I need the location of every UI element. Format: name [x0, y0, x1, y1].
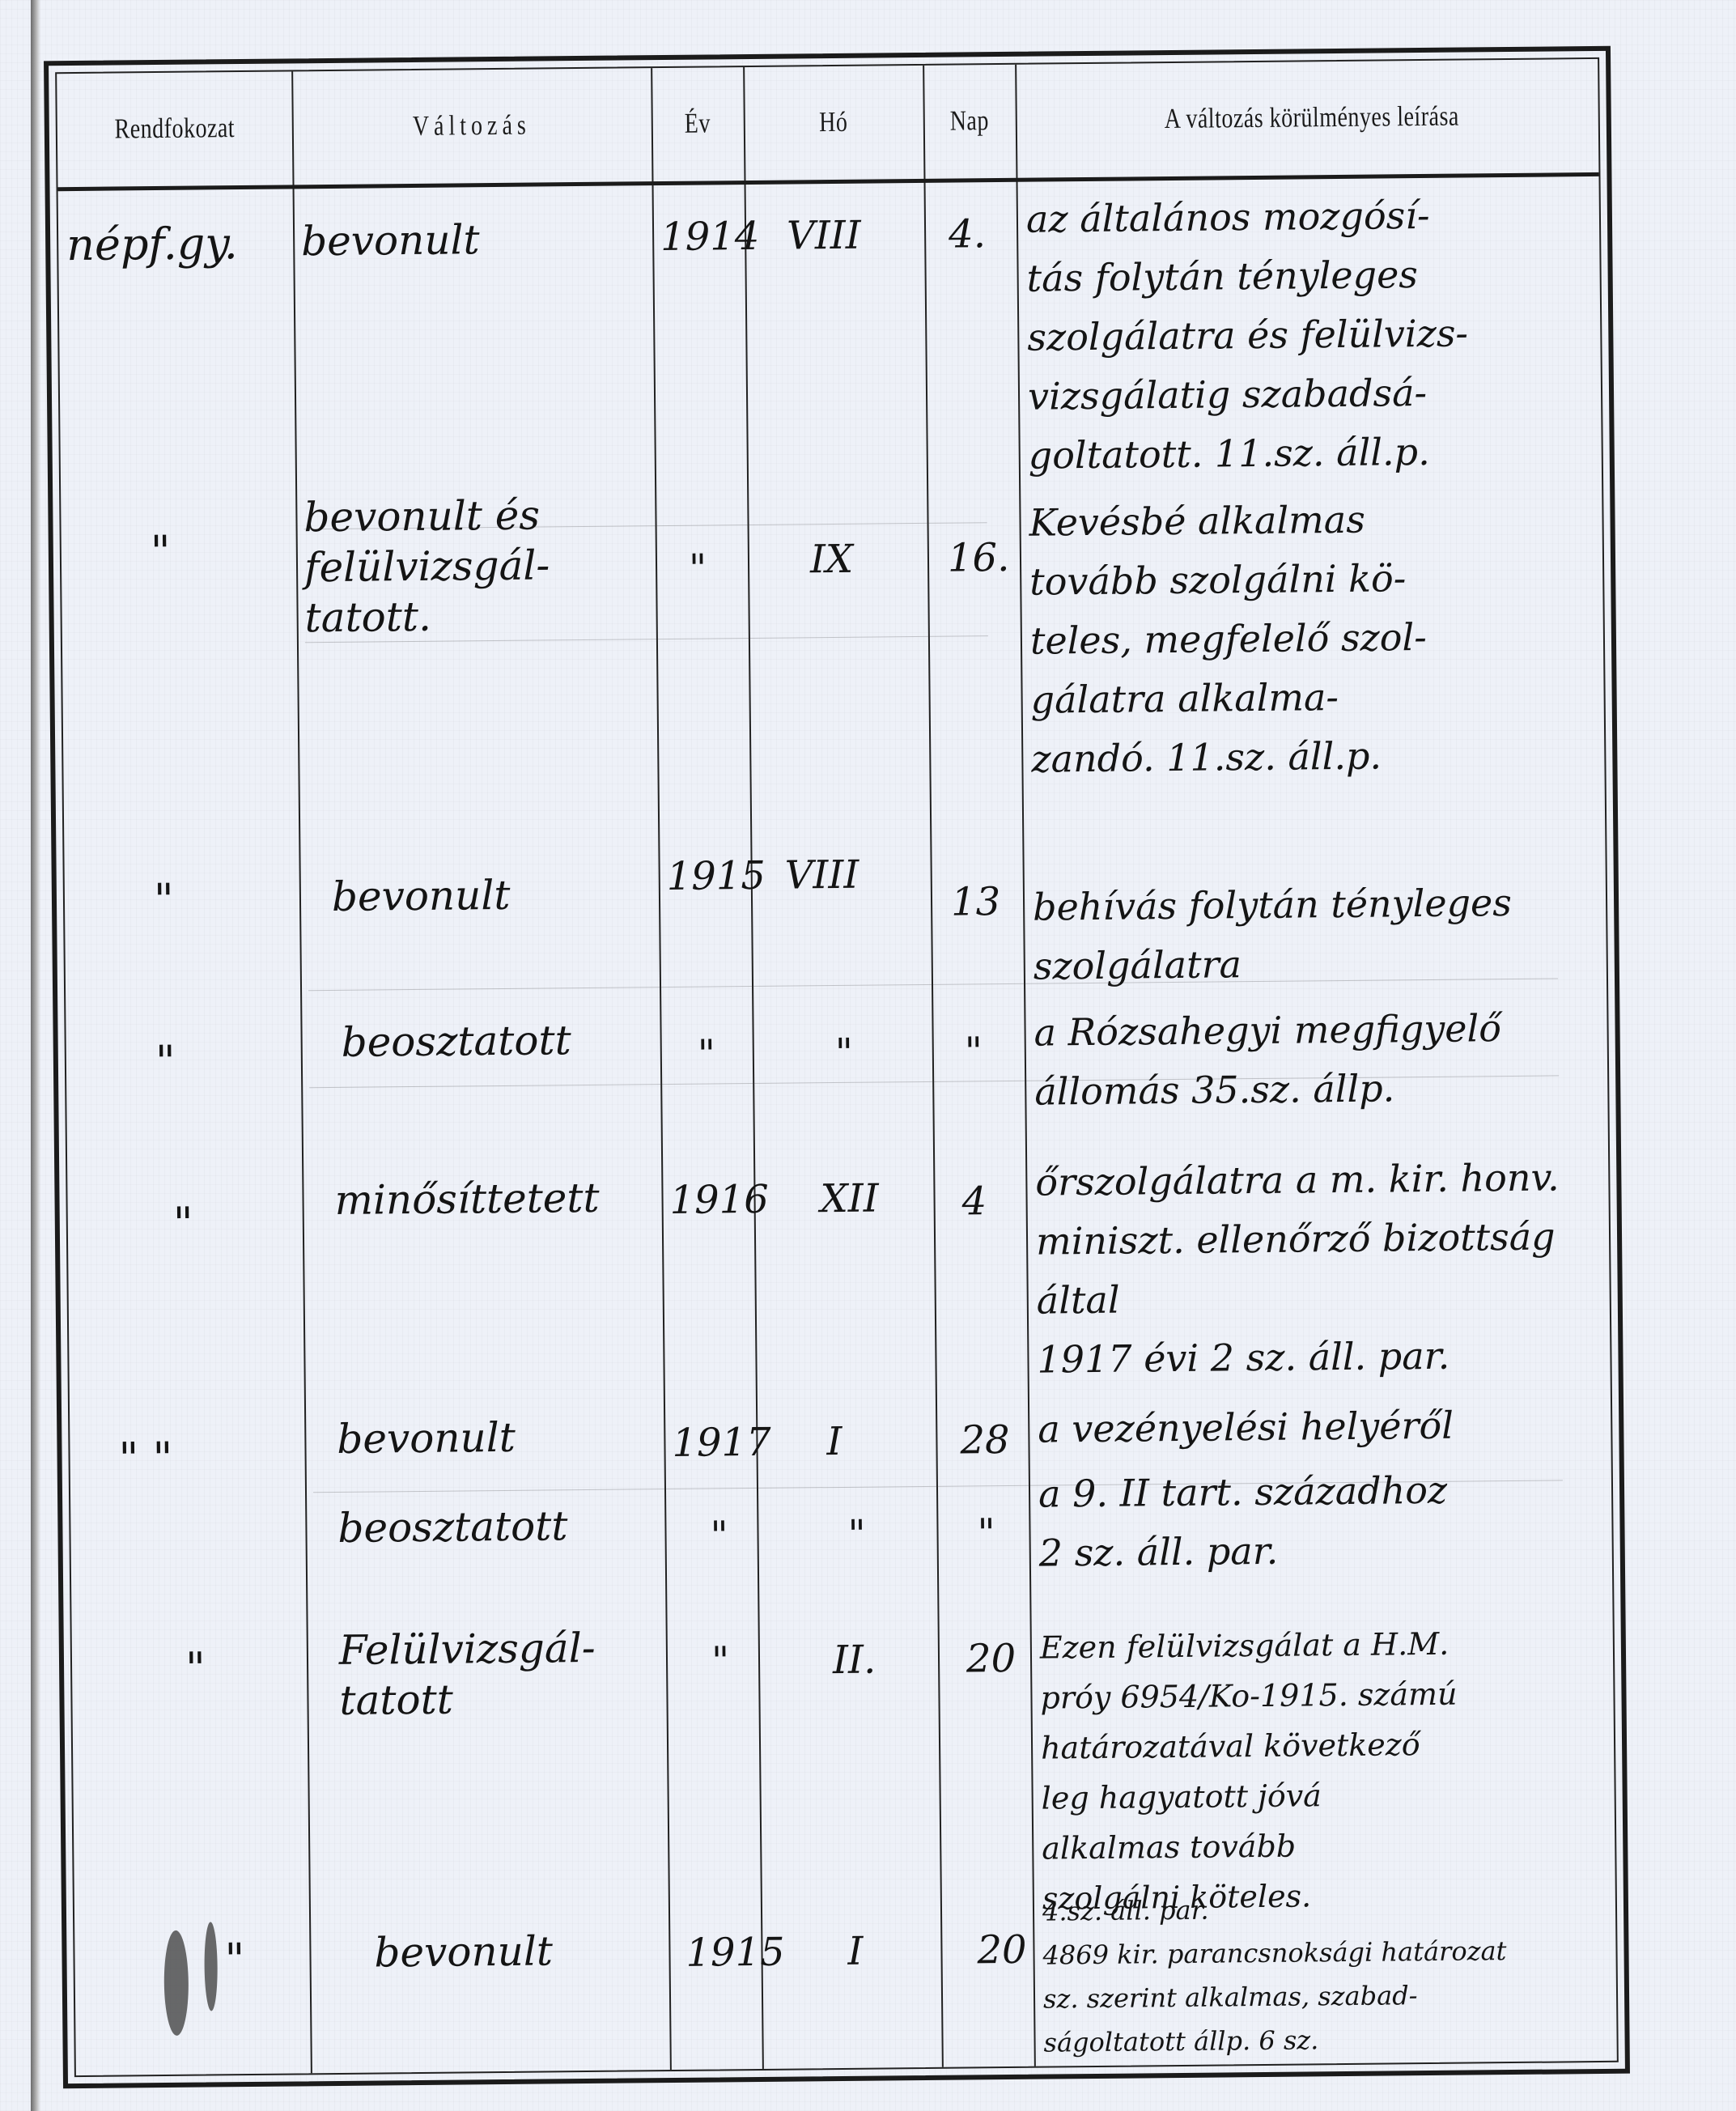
- day-cell: ": [977, 1514, 995, 1552]
- month-cell: VIII: [784, 856, 859, 895]
- header-day: Nap: [923, 50, 1017, 193]
- year-cell: ": [710, 1516, 728, 1555]
- month-cell: VIII: [787, 216, 861, 256]
- year-cell: 1915: [685, 1933, 785, 1973]
- rank-cell: ": [224, 1938, 244, 1981]
- header-description: A változás körülményes leírása: [1015, 45, 1609, 192]
- year-cell: 1917: [672, 1423, 771, 1463]
- day-cell: ": [965, 1032, 983, 1071]
- table-body: népf.gy. bevonult 1914 VIII 4. az általá…: [58, 176, 1617, 2075]
- day-cell: 4.: [949, 214, 986, 253]
- description-cell: a Rózsahegyi megfigyelő állomás 35.sz. á…: [1034, 998, 1609, 1122]
- rank-cell: ": [173, 1202, 193, 1246]
- month-cell: IX: [810, 540, 854, 580]
- year-cell: 1915: [666, 856, 766, 896]
- day-cell: 20: [977, 1930, 1027, 1970]
- change-cell: beosztatott: [341, 1020, 571, 1063]
- description-cell: az általános mozgósí- tás folytán tényle…: [1026, 185, 1603, 486]
- rank-cell: ": [154, 878, 174, 922]
- change-cell: Felülvizsgál- tatott: [339, 1623, 596, 1726]
- change-cell: bevonult: [332, 875, 511, 917]
- header-change: Változás: [291, 54, 652, 199]
- description-cell: a 9. II tart. századhoz 2 sz. áll. par.: [1038, 1459, 1614, 1583]
- header-month: Hó: [743, 51, 924, 194]
- description-cell: a vezényelési helyéről: [1038, 1395, 1613, 1459]
- table-inner-border: Rendfokozat Változás Év Hó Nap A változá…: [55, 57, 1619, 2077]
- month-cell: II.: [833, 1641, 876, 1680]
- change-cell: bevonult: [301, 219, 480, 261]
- record-table: Rendfokozat Változás Év Hó Nap A változá…: [44, 46, 1630, 2088]
- description-cell: őrszolgálatra a m. kir. honv. miniszt. e…: [1035, 1148, 1620, 1390]
- change-cell: bevonult: [337, 1417, 516, 1459]
- day-cell: 28: [960, 1421, 1010, 1460]
- month-cell: ": [835, 1034, 854, 1072]
- header-rank: Rendfokozat: [57, 57, 293, 202]
- month-cell: ": [847, 1515, 866, 1554]
- change-cell: bevonult és felülvizsgál- tatott.: [303, 490, 550, 643]
- year-cell: ": [711, 1642, 730, 1680]
- rank-cell: ": [155, 1040, 176, 1084]
- rank-cell: népf.gy.: [66, 222, 238, 267]
- description-cell: 4.sz. áll. par. 4869 kir. parancsnoksági…: [1042, 1884, 1627, 2065]
- year-cell: ": [689, 550, 707, 588]
- day-cell: 16.: [948, 538, 1010, 578]
- day-cell: 4: [961, 1182, 987, 1221]
- year-cell: 1914: [660, 217, 760, 257]
- binding-edge-shadow: [31, 0, 40, 2111]
- ink-blot: [163, 1930, 189, 2036]
- month-cell: I: [826, 1422, 842, 1461]
- description-cell: behívás folytán tényleges szolgálatra: [1033, 873, 1608, 996]
- rank-cell: ": [185, 1647, 206, 1691]
- change-cell: minősíttetett: [334, 1178, 599, 1221]
- year-cell: 1916: [669, 1180, 769, 1220]
- day-cell: 20: [966, 1639, 1017, 1679]
- month-cell: XII: [820, 1179, 879, 1219]
- ink-blot: [204, 1922, 218, 2011]
- table-header: Rendfokozat Változás Év Hó Nap A változá…: [57, 59, 1598, 191]
- change-cell: bevonult: [374, 1930, 553, 1973]
- header-year: Év: [651, 53, 745, 196]
- change-cell: beosztatott: [337, 1506, 567, 1548]
- description-cell: Ezen felülvizsgálat a H.M. próy 6954/Ko-…: [1040, 1617, 1626, 1924]
- description-cell: Kevésbé alkalmas tovább szolgálni kö- te…: [1029, 488, 1606, 789]
- month-cell: I: [847, 1932, 863, 1971]
- year-cell: ": [698, 1034, 716, 1073]
- day-cell: 13: [951, 882, 1001, 922]
- rank-cell: " ": [118, 1437, 172, 1481]
- rank-cell: ": [151, 530, 171, 574]
